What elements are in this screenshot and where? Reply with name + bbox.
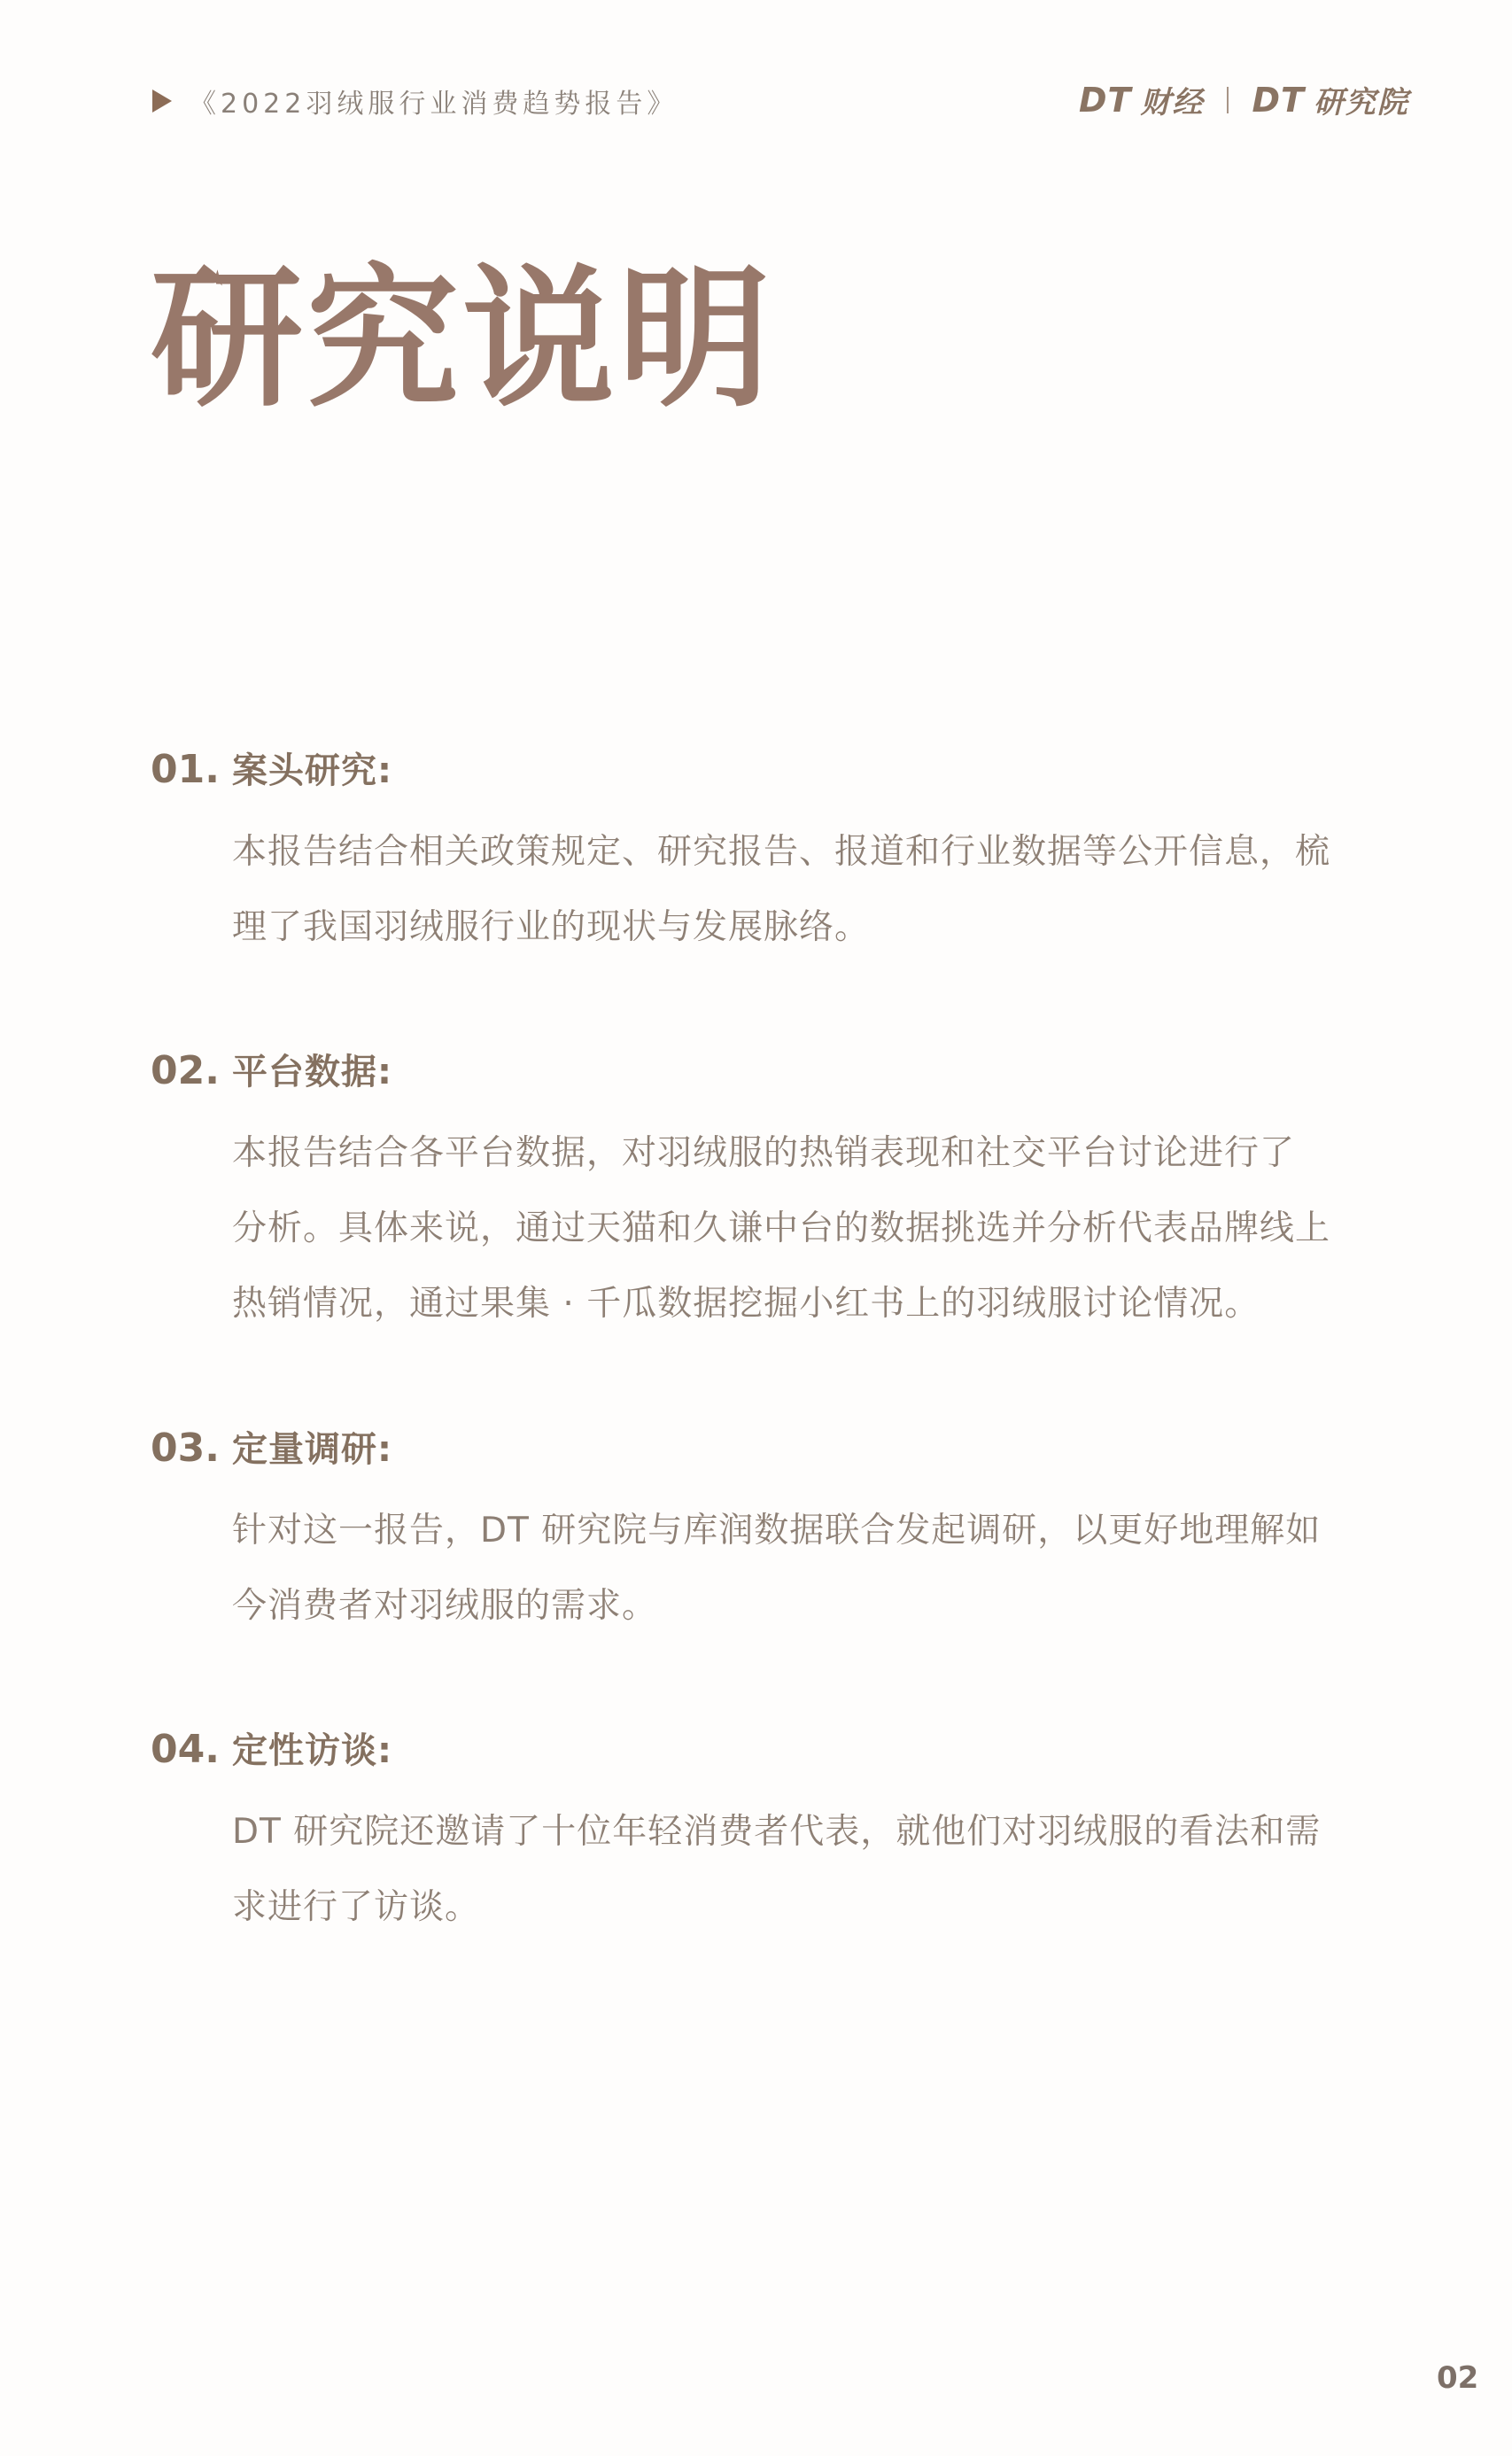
body-line: 求进行了访谈。 bbox=[232, 1869, 1366, 1945]
section-number: 03. bbox=[151, 1426, 232, 1471]
body-line: 分析。具体来说，通过天猫和久谦中台的数据挑选并分析代表品牌线上 bbox=[232, 1191, 1366, 1266]
section-number: 04. bbox=[151, 1727, 232, 1772]
section-heading: 04. 定性访谈: bbox=[151, 1722, 1366, 1773]
section-number: 02. bbox=[151, 1048, 232, 1093]
page-number: 02 bbox=[1437, 2360, 1478, 2396]
logo-dt-institute: DT bbox=[1252, 81, 1304, 120]
section-platform-data: 02. 平台数据: 本报告结合各平台数据，对羽绒服的热销表现和社交平台讨论进行了… bbox=[151, 1044, 1366, 1341]
section-qualitative-interview: 04. 定性访谈: DT 研究院还邀请了十位年轻消费者代表，就他们对羽绒服的看法… bbox=[151, 1722, 1366, 1945]
section-quantitative-survey: 03. 定量调研: 针对这一报告，DT 研究院与库润数据联合发起调研，以更好地理… bbox=[151, 1421, 1366, 1644]
section-label: 案头研究: bbox=[232, 742, 392, 793]
section-number: 01. bbox=[151, 747, 232, 792]
logo-dt-finance: DT bbox=[1079, 81, 1131, 120]
section-desk-research: 01. 案头研究: 本报告结合相关政策规定、研究报告、报道和行业数据等公开信息，… bbox=[151, 742, 1366, 965]
play-triangle-icon bbox=[152, 89, 172, 113]
body-line: 今消费者对羽绒服的需求。 bbox=[232, 1568, 1366, 1644]
section-label: 定性访谈: bbox=[232, 1722, 392, 1773]
brand-logo: DT 财经 DT 研究院 bbox=[1079, 78, 1409, 121]
body-line: 热销情况，通过果集 · 千瓜数据挖掘小红书上的羽绒服讨论情况。 bbox=[232, 1266, 1366, 1341]
section-label: 平台数据: bbox=[232, 1044, 392, 1094]
section-label: 定量调研: bbox=[232, 1421, 392, 1472]
section-heading: 01. 案头研究: bbox=[151, 742, 1366, 793]
page-title: 研究说明 bbox=[151, 262, 774, 415]
section-body: 本报告结合相关政策规定、研究报告、报道和行业数据等公开信息，梳 理了我国羽绒服行… bbox=[232, 814, 1366, 965]
section-heading: 03. 定量调研: bbox=[151, 1421, 1366, 1472]
section-body: 针对这一报告，DT 研究院与库润数据联合发起调研，以更好地理解如 今消费者对羽绒… bbox=[232, 1493, 1366, 1644]
logo-institute-text: 研究院 bbox=[1314, 78, 1409, 121]
body-line: 本报告结合相关政策规定、研究报告、报道和行业数据等公开信息，梳 bbox=[232, 814, 1366, 890]
body-line: 本报告结合各平台数据，对羽绒服的热销表现和社交平台讨论进行了 bbox=[232, 1115, 1366, 1191]
section-body: 本报告结合各平台数据，对羽绒服的热销表现和社交平台讨论进行了 分析。具体来说，通… bbox=[232, 1115, 1366, 1341]
body-line: 理了我国羽绒服行业的现状与发展脉络。 bbox=[232, 890, 1366, 965]
body-line: DT 研究院还邀请了十位年轻消费者代表，就他们对羽绒服的看法和需 bbox=[232, 1794, 1366, 1869]
report-title: 《2022羽绒服行业消费趋势报告》 bbox=[190, 82, 678, 120]
logo-finance-text: 财经 bbox=[1140, 78, 1204, 121]
body-line: 针对这一报告，DT 研究院与库润数据联合发起调研，以更好地理解如 bbox=[232, 1493, 1366, 1568]
section-body: DT 研究院还邀请了十位年轻消费者代表，就他们对羽绒服的看法和需 求进行了访谈。 bbox=[232, 1794, 1366, 1945]
section-heading: 02. 平台数据: bbox=[151, 1044, 1366, 1094]
report-title-block: 《2022羽绒服行业消费趋势报告》 bbox=[152, 82, 678, 120]
logo-divider bbox=[1227, 87, 1229, 113]
